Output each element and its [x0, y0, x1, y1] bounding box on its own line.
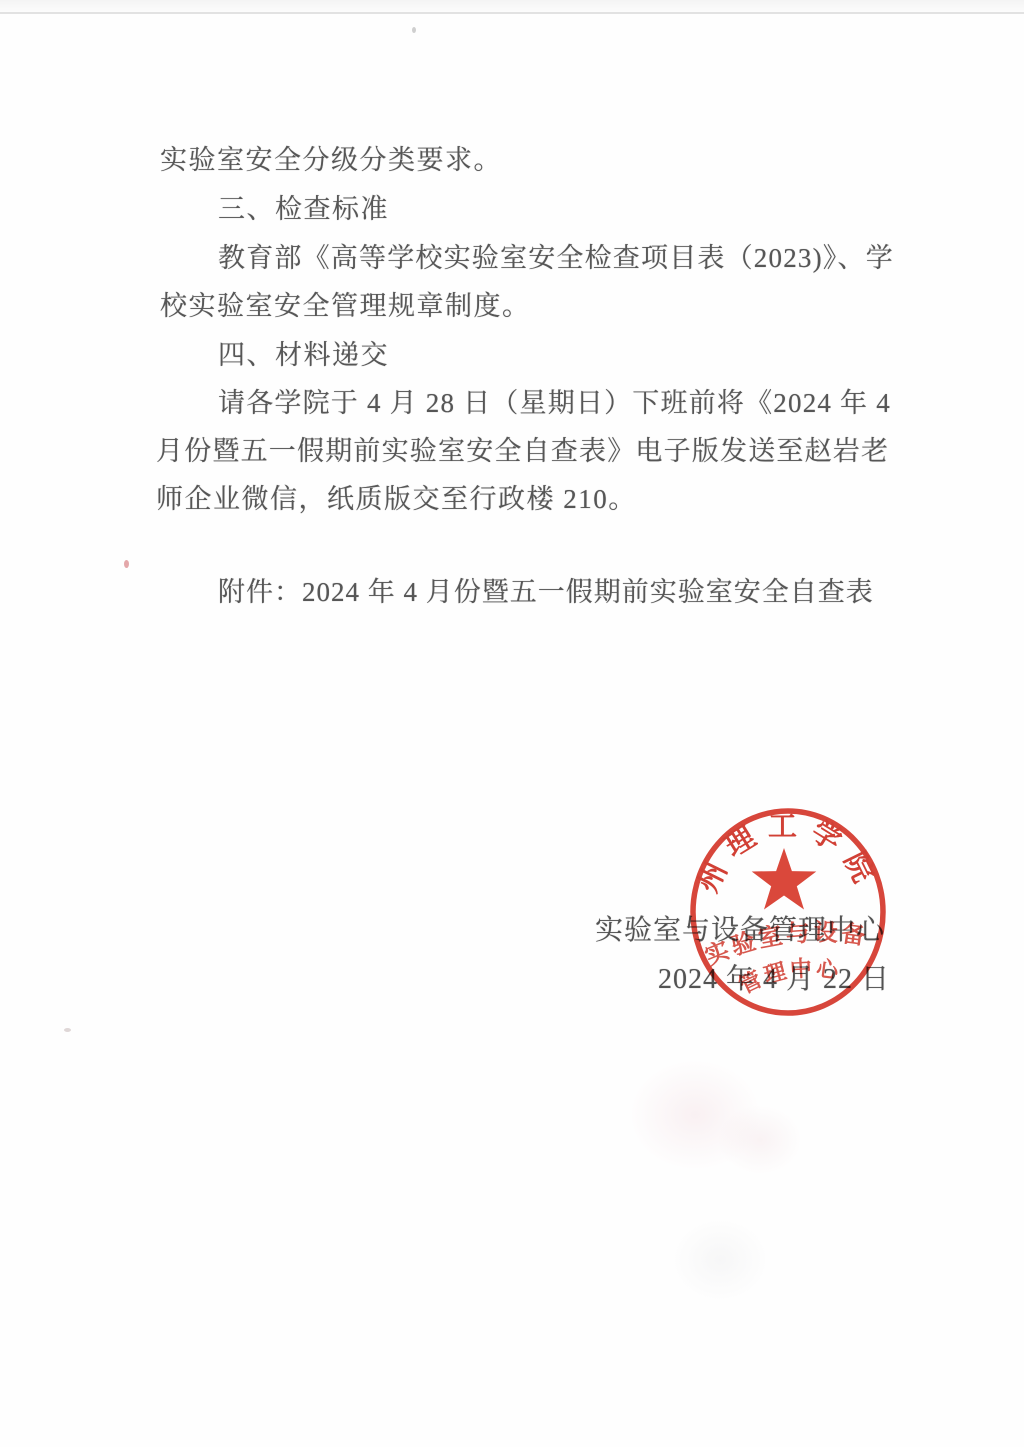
body-line: 请各学院于 4 月 28 日（星期日）下班前将《2024 年 4 [218, 381, 891, 420]
scan-smudge [650, 1200, 790, 1320]
section-heading-4: 四、材料递交 [218, 333, 389, 372]
section-heading-3: 三、检查标准 [218, 187, 389, 226]
scan-smudge [600, 1035, 790, 1195]
body-line: 月份暨五一假期前实验室安全自查表》电子版发送至赵岩老 [156, 429, 889, 468]
document-page: 实验室安全分级分类要求。 三、检查标准 教育部《高等学校实验室安全检查项目表（2… [0, 0, 1024, 1447]
body-line: 教育部《高等学校实验室安全检查项目表（2023)》、学 [218, 236, 894, 275]
scan-speck [124, 560, 129, 568]
scan-speck [412, 27, 416, 33]
attachment-line: 附件：2024 年 4 月份暨五一假期前实验室安全自查表 [218, 570, 874, 609]
body-line: 师企业微信，纸质版交至行政楼 210。 [156, 477, 637, 516]
svg-text:管理中心: 管理中心 [734, 952, 846, 999]
body-line: 校实验室安全管理规章制度。 [160, 284, 531, 323]
scan-edge [0, 0, 1024, 14]
seal-star-icon [752, 848, 817, 910]
official-seal: 州理工学院 实验室与设备 管理中心 [686, 804, 890, 1020]
body-line: 实验室安全分级分类要求。 [160, 138, 502, 177]
scan-smudge [700, 1090, 820, 1190]
seal-inner-line2: 管理中心 [734, 952, 846, 999]
scan-speck [64, 1028, 71, 1032]
